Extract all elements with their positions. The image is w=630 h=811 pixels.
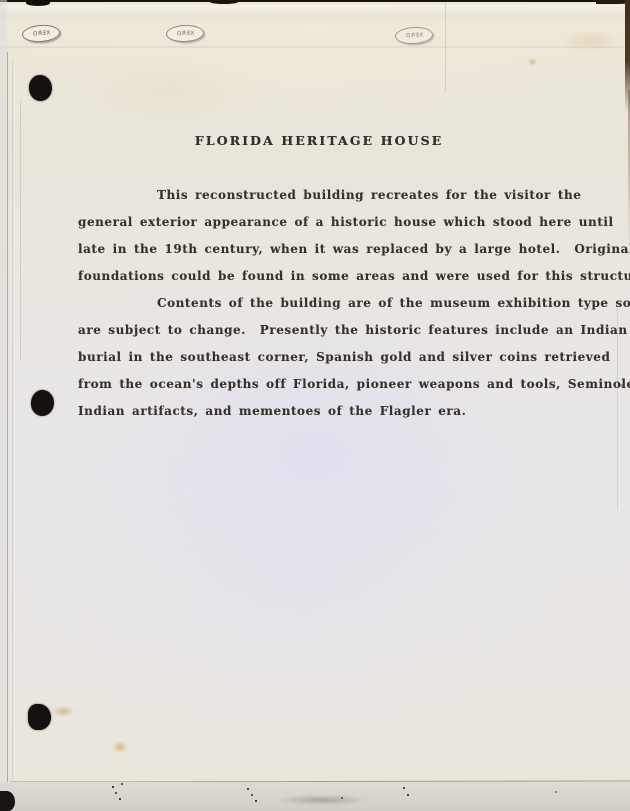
stain <box>560 30 620 52</box>
hole-punch-top <box>29 75 52 101</box>
paper-edge-line <box>12 60 13 780</box>
sheet-top-edge-shadow <box>0 46 630 48</box>
smudge <box>275 795 370 805</box>
text-line: Indian artifacts, and mementoes of the F… <box>78 398 583 425</box>
paper-left-margin <box>0 0 7 811</box>
text-line: Contents of the building are of the muse… <box>78 290 583 317</box>
text-line: late in the 19th century, when it was re… <box>78 236 583 263</box>
scan-edge-blob <box>210 0 238 4</box>
paper-crease <box>0 5 630 21</box>
paper-crease-line <box>445 2 446 92</box>
xero-stamp-text: XERO <box>405 32 423 39</box>
scanned-document-page: XERO XERO XERO FLORIDA HERITAGE HOUSE Th… <box>0 0 630 811</box>
paper-edge-line <box>7 52 8 792</box>
page-title: FLORIDA HERITAGE HOUSE <box>78 133 560 148</box>
body-text: This reconstructed building recreates fo… <box>78 182 583 425</box>
scan-edge-blob <box>26 0 50 6</box>
paper-edge-line <box>20 100 21 360</box>
ink-specks <box>0 783 2 785</box>
text-line: from the ocean's depths off Florida, pio… <box>78 371 583 398</box>
text-line: general exterior appearance of a histori… <box>78 209 583 236</box>
scan-top-edge <box>0 0 630 2</box>
stain <box>85 55 255 120</box>
text-line: foundations could be found in some areas… <box>78 263 583 290</box>
scan-corner-blob <box>0 791 15 811</box>
stain <box>52 706 74 717</box>
text-line: burial in the southeast corner, Spanish … <box>78 344 583 371</box>
text-line: are subject to change. Presently the his… <box>78 317 583 344</box>
text-line: This reconstructed building recreates fo… <box>78 182 583 209</box>
xero-stamp-text: XERO <box>32 30 50 37</box>
xero-stamp-text: XERO <box>176 30 194 36</box>
stain <box>528 58 537 66</box>
hole-punch-bottom <box>28 704 51 730</box>
stain <box>112 740 128 754</box>
